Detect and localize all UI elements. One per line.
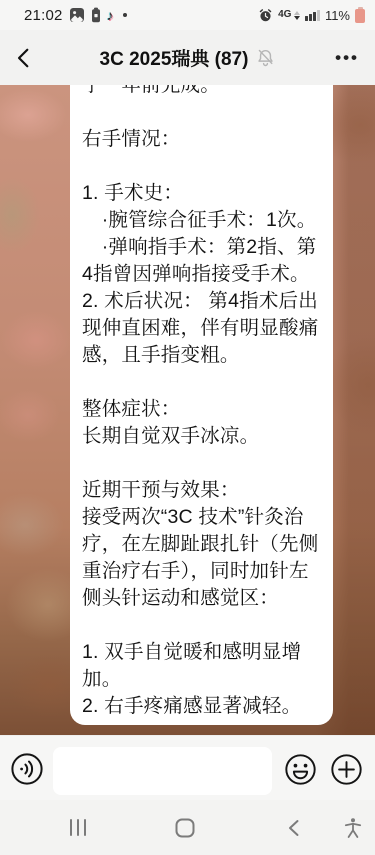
status-bar-left: 21:02 ♪ [24,7,127,24]
message-text: 于一年前完成。 右手情况： 1. 手术史： ·腕管综合征手术：1次。 ·弹响指手… [82,85,325,720]
plus-icon [330,753,363,786]
chat-title: 3C 2025瑞典 (87) [100,44,249,71]
chat-area: 于一年前完成。 右手情况： 1. 手术史： ·腕管综合征手术：1次。 ·弹响指手… [0,85,375,735]
voice-icon [10,752,44,786]
alarm-clock-icon [258,8,273,23]
chat-title-group: 3C 2025瑞典 (87) [100,44,276,71]
voice-button[interactable] [10,752,44,786]
tiktok-icon: ♪ [107,8,114,22]
phone-screen: 21:02 ♪ 4G 11% 3C 2025瑞典 (87) [0,0,375,855]
muted-bell-icon [256,48,275,67]
accessibility-icon [343,817,363,839]
smiley-icon [284,753,317,786]
back-button[interactable] [10,44,38,72]
battery-icon [355,7,365,23]
android-navigation-bar [0,800,375,855]
accessibility-button[interactable] [331,800,375,855]
back-chevron-icon [13,47,35,69]
more-icon: ••• [335,48,359,68]
more-button[interactable]: ••• [335,30,359,85]
recents-button[interactable] [56,800,100,855]
attach-button[interactable] [329,752,363,786]
app-badge-icon [91,7,101,23]
recents-icon [70,819,87,836]
message-input[interactable] [53,747,272,795]
message-bubble[interactable]: 于一年前完成。 右手情况： 1. 手术史： ·腕管综合征手术：1次。 ·弹响指手… [70,85,333,725]
message-input-bar [0,735,375,800]
android-back-icon [286,819,302,837]
battery-percent-label: 11% [325,8,350,23]
status-bar: 21:02 ♪ 4G 11% [0,0,375,30]
data-arrows-icon [294,11,300,20]
signal-bars-icon [305,9,320,21]
emoji-button[interactable] [283,752,317,786]
home-icon [175,818,195,838]
android-back-button[interactable] [272,800,316,855]
notification-dot [123,13,127,17]
clock-time: 21:02 [24,7,63,24]
gallery-icon [69,7,85,23]
network-type-label: 4G [278,10,291,20]
home-button[interactable] [163,800,207,855]
status-bar-right: 4G 11% [258,7,365,23]
chat-header: 3C 2025瑞典 (87) ••• [0,30,375,85]
